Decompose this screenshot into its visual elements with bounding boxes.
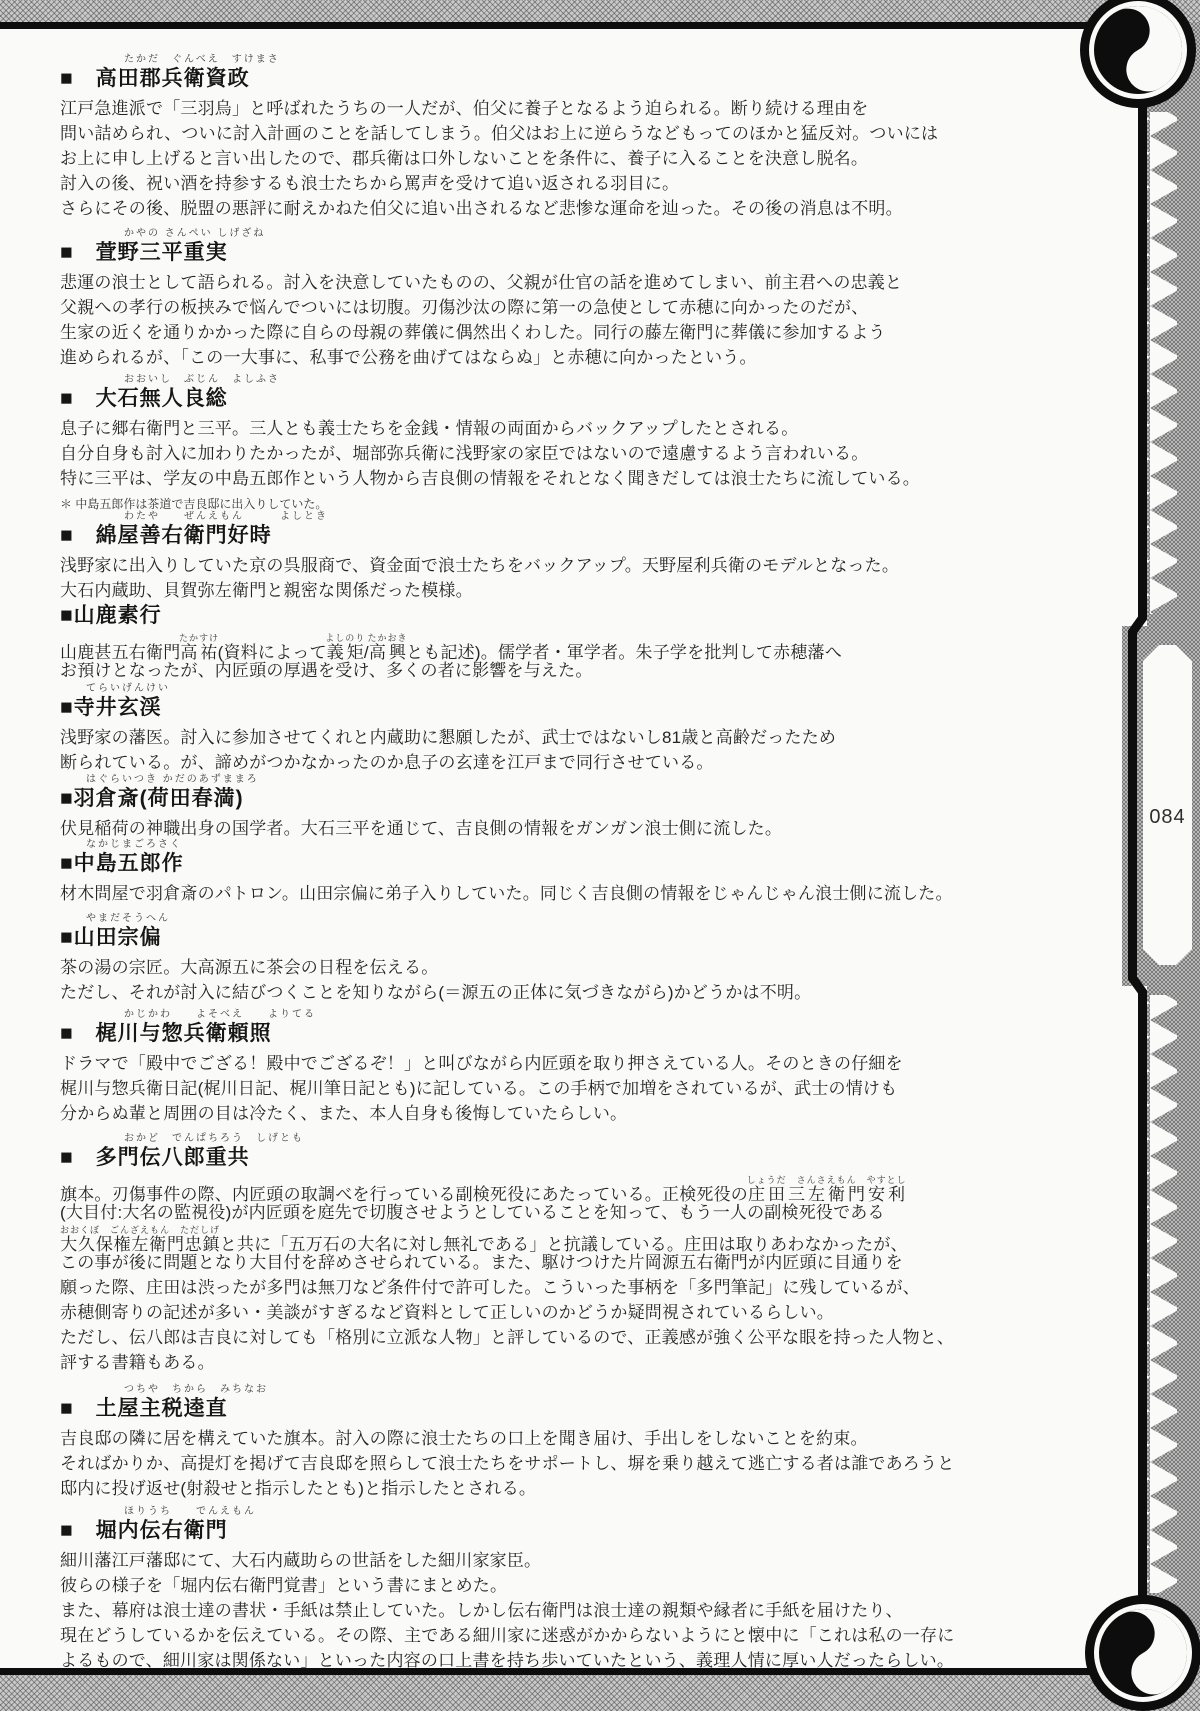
ruby-text: よしのり [325, 633, 365, 643]
entry-heading: ■ 多門伝八郎重共 [60, 1145, 1135, 1171]
character-glossary-content: たかだ ぐんべえ すけまさ■ 高田郡兵衛資政江戸急進派で「三羽烏」と呼ばれたうち… [0, 0, 1200, 1711]
body-line: 大石内蔵助、貝賀弥左衛門と親密な関係だった模様。 [60, 578, 1135, 603]
body-line: また、幕府は浪士達の書状・手紙は禁止していた。しかし伝右衛門は浪士達の親類や縁者… [60, 1598, 1135, 1623]
entry-heading: ■ 堀内伝右衛門 [60, 1518, 1135, 1544]
body-line: ドラマで「殿中でござる！殿中でござるぞ！」と叫びながら内匠頭を取り押さえている人… [60, 1051, 1135, 1076]
entry-heading: ■寺井玄渓 [60, 695, 1135, 721]
body-line: 討入の後、祝い酒を持参するも浪士たちから罵声を受けて追い返される羽目に。 [60, 171, 1135, 196]
body-line: 材木問屋で羽倉斎のパトロン。山田宗偏に弟子入りしていた。同じく吉良側の情報をじゃ… [60, 881, 1135, 906]
body-line: 分からぬ輩と周囲の目は冷たく、また、本人自身も後悔していたらしい。 [60, 1101, 1135, 1126]
body-line: 願った際、庄田は渋ったが多門は無刀など条件付で許可した。こういった事柄を「多門筆… [60, 1275, 1135, 1300]
entry-furigana: かやの さんぺい しげざね [124, 228, 1135, 240]
entry-body: 材木問屋で羽倉斎のパトロン。山田宗偏に弟子入りしていた。同じく吉良側の情報をじゃ… [60, 881, 1135, 906]
entry-body: 茶の湯の宗匠。大高源五に茶会の日程を伝える。ただし、それが討入に結びつくことを知… [60, 955, 1135, 1005]
character-entry: ほりうち でんえもん■ 堀内伝右衛門細川藩江戸藩邸にて、大石内蔵助らの世話をした… [60, 1506, 1135, 1673]
entry-furigana: ほりうち でんえもん [124, 1506, 1135, 1518]
body-line: 旗本。刃傷事件の際、内匠頭の取調べを行っている副検死役にあたっている。正検死役の… [60, 1175, 1135, 1200]
entry-furigana: やまだそうへん [86, 913, 1135, 925]
ruby-text: おおくぼ ごんざえもん ただしげ [60, 1225, 220, 1235]
entry-furigana: たかだ ぐんべえ すけまさ [124, 54, 1135, 66]
entry-heading: ■羽倉斎(荷田春満) [60, 786, 1135, 812]
character-entry: はぐらいつき かだのあずままろ■羽倉斎(荷田春満)伏見稲荷の神職出身の国学者。大… [60, 774, 1135, 841]
entry-body: 細川藩江戸藩邸にて、大石内蔵助らの世話をした細川家家臣。彼らの様子を「堀内伝右衛… [60, 1548, 1135, 1673]
entry-heading: ■ 萱野三平重実 [60, 240, 1135, 266]
character-entry: たかだ ぐんべえ すけまさ■ 高田郡兵衛資政江戸急進派で「三羽烏」と呼ばれたうち… [60, 54, 1135, 221]
entry-heading: ■中島五郎作 [60, 851, 1135, 877]
entry-body: 江戸急進派で「三羽烏」と呼ばれたうちの一人だが、伯父に養子となるよう迫られる。断… [60, 96, 1135, 221]
body-line: さらにその後、脱盟の悪評に耐えかねた伯父に追い出されるなど悲惨な運命を辿った。そ… [60, 196, 1135, 221]
body-line: 山鹿甚五右衛門高祐たかすけ(資料によって義矩よしのり/高興たかおきとも記述)。儒… [60, 633, 1135, 658]
character-entry: かじかわ よそべえ よりてる■ 梶川与惣兵衛頼照ドラマで「殿中でござる！殿中でご… [60, 1009, 1135, 1126]
body-line: この事が後に問題となり大目付を辞めさせられている。また、駆けつけた片岡源五右衛門… [60, 1250, 1135, 1275]
character-entry: おおいし ぶじん よしふさ■ 大石無人良総息子に郷右衛門と三平。三人とも義士たち… [60, 374, 1135, 513]
entry-furigana: おおいし ぶじん よしふさ [124, 374, 1135, 386]
body-line: 茶の湯の宗匠。大高源五に茶会の日程を伝える。 [60, 955, 1135, 980]
entry-furigana: おかど でんぱちろう しげとも [124, 1133, 1135, 1145]
body-line: 進められるが、「この一大事に、私事で公務を曲げてはならぬ」と赤穂に向かったという… [60, 345, 1135, 370]
character-entry: てらいげんけい■寺井玄渓浅野家の藩医。討入に参加させてくれと内蔵助に懇願したが、… [60, 683, 1135, 775]
body-line: 生家の近くを通りかかった際に自らの母親の葬儀に偶然出くわした。同行の藤左衛門に葬… [60, 320, 1135, 345]
entry-furigana: つちや ちから みちなお [124, 1384, 1135, 1396]
character-entry: なかじまごろさく■中島五郎作材木問屋で羽倉斎のパトロン。山田宗偏に弟子入りしてい… [60, 839, 1135, 906]
entry-furigana: なかじまごろさく [86, 839, 1135, 851]
body-line: 梶川与惣兵衛日記(梶川日記、梶川筆日記とも)に記している。この手柄で加増をされて… [60, 1076, 1135, 1101]
body-line: 邸内に投げ返せ(射殺せと指示したとも)と指示したとされる。 [60, 1476, 1135, 1501]
character-entry: おかど でんぱちろう しげとも■ 多門伝八郎重共旗本。刃傷事件の際、内匠頭の取調… [60, 1133, 1135, 1375]
body-line: 特に三平は、学友の中島五郎作という人物から吉良側の情報をそれとなく聞きだしては浪… [60, 466, 1135, 491]
entry-furigana: はぐらいつき かだのあずままろ [86, 774, 1135, 786]
entry-body: 旗本。刃傷事件の際、内匠頭の取調べを行っている副検死役にあたっている。正検死役の… [60, 1175, 1135, 1375]
body-line: 断られている。が、諦めがつかなかったのか息子の玄達を江戸まで同行させている。 [60, 750, 1135, 775]
entry-heading: ■ 高田郡兵衛資政 [60, 66, 1135, 92]
body-line: 父親への孝行の板挟みで悩んでついには切腹。刃傷沙汰の際に第一の急使として赤穂に向… [60, 295, 1135, 320]
entry-heading: ■ 綿屋善右衛門好時 [60, 523, 1135, 549]
entry-heading: ■ 土屋主税逵直 [60, 1396, 1135, 1422]
body-line: ただし、伝八郎は吉良に対しても「格別に立派な人物」と評しているので、正義感が強く… [60, 1325, 1135, 1350]
body-line: よるもので、細川家は関係ない」といった内容の口上書を持ち歩いていたという、義理人… [60, 1648, 1135, 1673]
entry-furigana: わたや ぜんえもん よしとき [124, 511, 1135, 523]
body-line: 大久保権左衛門忠鎮おおくぼ ごんざえもん ただしげと共に「五万石の大名に対し無礼… [60, 1225, 1135, 1250]
entry-body: 浅野家に出入りしていた京の呉服商で、資金面で浪士たちをバックアップ。天野屋利兵衛… [60, 553, 1135, 603]
entry-heading: ■ 梶川与惣兵衛頼照 [60, 1021, 1135, 1047]
body-line: 浅野家に出入りしていた京の呉服商で、資金面で浪士たちをバックアップ。天野屋利兵衛… [60, 553, 1135, 578]
entry-heading: ■ 大石無人良総 [60, 386, 1135, 412]
character-entry: つちや ちから みちなお■ 土屋主税逵直吉良邸の隣に居を構えていた旗本。討入の際… [60, 1384, 1135, 1501]
body-line: 現在どうしているかを伝えている。その際、主である細川家に迷惑がかからないようにと… [60, 1623, 1135, 1648]
entry-body: 吉良邸の隣に居を構えていた旗本。討入の際に浪士たちの口上を聞き届け、手出しをしな… [60, 1426, 1135, 1501]
body-line: 細川藩江戸藩邸にて、大石内蔵助らの世話をした細川家家臣。 [60, 1548, 1135, 1573]
body-line: 息子に郷右衛門と三平。三人とも義士たちを金銭・情報の両面からバックアップしたとさ… [60, 416, 1135, 441]
ruby-text: たかすけ [179, 633, 219, 643]
character-entry: かやの さんぺい しげざね■ 萱野三平重実悲運の浪士として語られる。討入を決意し… [60, 228, 1135, 370]
body-line: 伏見稲荷の神職出身の国学者。大石三平を通じて、吉良側の情報をガンガン浪士側に流し… [60, 816, 1135, 841]
entry-body: 悲運の浪士として語られる。討入を決意していたものの、父親が仕官の話を進めてしまい… [60, 270, 1135, 370]
body-line: お上に申し上げると言い出したので、郡兵衛は口外しないことを条件に、養子に入ること… [60, 146, 1135, 171]
body-line: 赤穂側寄りの記述が多い・美談がすぎるなど資料として正しいのかどうか疑問視されてい… [60, 1300, 1135, 1325]
body-line: 問い詰められ、ついに討入計画のことを話してしまう。伯父はお上に逆らうなどもっての… [60, 121, 1135, 146]
character-entry: わたや ぜんえもん よしとき■ 綿屋善右衛門好時浅野家に出入りしていた京の呉服商… [60, 511, 1135, 603]
entry-body: 息子に郷右衛門と三平。三人とも義士たちを金銭・情報の両面からバックアップしたとさ… [60, 416, 1135, 513]
scanned-book-page: 084 たかだ ぐんべえ すけまさ■ 高田郡兵衛資政江戸急進派で「三羽烏」と呼ば… [0, 0, 1200, 1711]
entry-body: ドラマで「殿中でござる！殿中でござるぞ！」と叫びながら内匠頭を取り押さえている人… [60, 1051, 1135, 1126]
body-line: 吉良邸の隣に居を構えていた旗本。討入の際に浪士たちの口上を聞き届け、手出しをしな… [60, 1426, 1135, 1451]
entry-furigana: かじかわ よそべえ よりてる [124, 1009, 1135, 1021]
entry-heading: ■山鹿素行 [60, 603, 1135, 629]
character-entry: やまだそうへん■山田宗偏茶の湯の宗匠。大高源五に茶会の日程を伝える。ただし、それ… [60, 913, 1135, 1005]
entry-body: 伏見稲荷の神職出身の国学者。大石三平を通じて、吉良側の情報をガンガン浪士側に流し… [60, 816, 1135, 841]
body-line: 彼らの様子を「堀内伝右衛門覚書」という書にまとめた。 [60, 1573, 1135, 1598]
body-line: 評する書籍もある。 [60, 1350, 1135, 1375]
body-line: 浅野家の藩医。討入に参加させてくれと内蔵助に懇願したが、武士ではないし81歳と高… [60, 725, 1135, 750]
entry-body: 浅野家の藩医。討入に参加させてくれと内蔵助に懇願したが、武士ではないし81歳と高… [60, 725, 1135, 775]
body-line: (大目付:大名の監視役)が内匠頭を庭先で切腹させようとしていることを知って、もう… [60, 1200, 1135, 1225]
entry-body: 山鹿甚五右衛門高祐たかすけ(資料によって義矩よしのり/高興たかおきとも記述)。儒… [60, 633, 1135, 683]
body-line: 自分自身も討入に加わりたかったが、堀部弥兵衛に浅野家の家臣ではないので遠慮するよ… [60, 441, 1135, 466]
entry-furigana: てらいげんけい [86, 683, 1135, 695]
body-line: そればかりか、高提灯を掲げて吉良邸を照らして浪士たちをサポートし、塀を乗り越えて… [60, 1451, 1135, 1476]
entry-heading: ■山田宗偏 [60, 925, 1135, 951]
ruby-text: たかおき [367, 633, 407, 643]
body-line: ただし、それが討入に結びつくことを知りながら(＝源五の正体に気づきながら)かどう… [60, 980, 1135, 1005]
body-line: 江戸急進派で「三羽烏」と呼ばれたうちの一人だが、伯父に養子となるよう迫られる。断… [60, 96, 1135, 121]
character-entry: ■山鹿素行山鹿甚五右衛門高祐たかすけ(資料によって義矩よしのり/高興たかおきとも… [60, 603, 1135, 683]
body-line: 悲運の浪士として語られる。討入を決意していたものの、父親が仕官の話を進めてしまい… [60, 270, 1135, 295]
ruby-text: しょうだ さんさえもん やすとし [747, 1175, 907, 1185]
